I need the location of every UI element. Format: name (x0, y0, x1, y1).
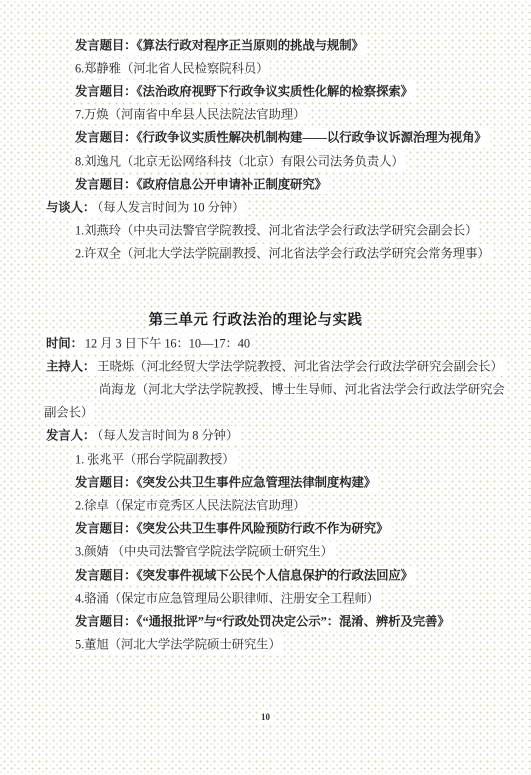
moderator-row: 主持人：王晓烁（河北经贸大学法学院教授、河北省法学会行政法学研究会副会长） (44, 355, 507, 378)
discussants-row: 与谈人：（每人发言时间为 10 分钟） (44, 196, 507, 219)
speaker-line: 8.刘逸凡（北京无讼网络科技（北京）有限公司法务负责人） (44, 150, 507, 173)
topic-line: 发言题目：《行政争议实质性解决机制构建——以行政争议诉源治理为视角》 (44, 127, 507, 150)
topic-line: 发言题目：《“通报批评”与“行政处罚决定公示”：混淆、辨析及完善》 (44, 610, 507, 633)
topic-text: 发言题目：《政府信息公开申请补正制度研究》 (73, 175, 329, 194)
time-value: 12 月 3 日下午 16：10—17：40 (83, 334, 252, 353)
speaker-text: 4.骆涌（保定市应急管理局公职律师、注册安全工程师） (73, 589, 381, 608)
speaker-line: 5.董旭（河北大学法学院硕士研究生） (44, 634, 507, 657)
time-label: 时间： (44, 334, 83, 353)
section-title-text: 第三单元 行政法治的理论与实践 (146, 310, 364, 331)
speakers-note: （每人发言时间为 8 分钟） (95, 426, 240, 445)
page-number: 10 (0, 712, 531, 722)
speaker-line: 7.万焕（河南省中牟县人民法院法官助理） (44, 104, 507, 127)
topic-line: 发言题目：《政府信息公开申请补正制度研究》 (44, 173, 507, 196)
moderator-secondary: 尚海龙（河北大学法学院教授、博士生导师、河北省法学会行政法学研究会副会长） (44, 380, 505, 422)
topic-text: 发言题目：《突发公共卫生事件应急管理法律制度构建》 (73, 473, 378, 492)
agenda-page: 发言题目：《算法行政对程序正当原则的挑战与规制》 6.郑静雅（河北省人民检察院科… (0, 0, 531, 775)
moderator-secondary-row: 尚海龙（河北大学法学院教授、博士生导师、河北省法学会行政法学研究会副会长） (44, 378, 507, 424)
speakers-label: 发言人： (44, 426, 95, 445)
speaker-text: 8.刘逸凡（北京无讼网络科技（北京）有限公司法务负责人） (73, 152, 406, 171)
speaker-line: 1. 张兆平（邢台学院副教授） (44, 448, 507, 471)
discussant-line: 2.许双全（河北大学法学院副教授、河北省法学会行政法学研究会常务理事） (44, 243, 507, 266)
discussant-text: 2.许双全（河北大学法学院副教授、河北省法学会行政法学研究会常务理事） (73, 244, 492, 263)
topic-line: 发言题目：《突发公共卫生事件应急管理法律制度构建》 (44, 471, 507, 494)
time-row: 时间：12 月 3 日下午 16：10—17：40 (44, 332, 507, 355)
discussant-line: 1.刘燕玲（中央司法警官学院教授、河北省法学会行政法学研究会副会长） (44, 220, 507, 243)
speaker-text: 1. 张兆平（邢台学院副教授） (73, 450, 237, 469)
topic-text: 发言题目：《突发事件视域下公民个人信息保护的行政法回应》 (73, 566, 415, 585)
section-title: 第三单元 行政法治的理论与实践 (44, 308, 507, 332)
speaker-line: 6.郑静雅（河北省人民检察院科员） (44, 57, 507, 80)
speaker-text: 2.徐卓（保定市竞秀区人民法院法官助理） (73, 496, 307, 515)
topic-text: 发言题目：《“通报批评”与“行政处罚决定公示”：混淆、辨析及完善》 (73, 612, 452, 631)
speaker-text: 5.董旭（河北大学法学院硕士研究生） (73, 635, 283, 654)
speakers-row: 发言人：（每人发言时间为 8 分钟） (44, 425, 507, 448)
speaker-line: 4.骆涌（保定市应急管理局公职律师、注册安全工程师） (44, 587, 507, 610)
moderator-label: 主持人： (44, 357, 95, 376)
page-number-text: 10 (258, 710, 273, 724)
topic-line: 发言题目：《算法行政对程序正当原则的挑战与规制》 (44, 34, 507, 57)
topic-line: 发言题目：《突发事件视域下公民个人信息保护的行政法回应》 (44, 564, 507, 587)
document-page: { "page_number": "10", "unit2": { "entri… (0, 0, 531, 775)
topic-text: 发言题目：《算法行政对程序正当原则的挑战与规制》 (73, 36, 366, 55)
speaker-text: 3.颜婧 （中央司法警官学院法学院硕士研究生） (73, 542, 335, 561)
speaker-text: 7.万焕（河南省中牟县人民法院法官助理） (73, 105, 307, 124)
topic-text: 发言题目：《行政争议实质性解决机制构建——以行政争议诉源治理为视角》 (73, 128, 489, 147)
topic-text: 发言题目：《法治政府视野下行政争议实质性化解的检察探索》 (73, 82, 415, 101)
discussants-note: （每人发言时间为 10 分钟） (95, 198, 246, 217)
topic-line: 发言题目：《法治政府视野下行政争议实质性化解的检察探索》 (44, 80, 507, 103)
speaker-line: 2.徐卓（保定市竞秀区人民法院法官助理） (44, 494, 507, 517)
discussants-label: 与谈人： (44, 198, 95, 217)
speaker-text: 6.郑静雅（河北省人民检察院科员） (73, 59, 270, 78)
topic-line: 发言题目：《突发公共卫生事件风险预防行政不作为研究》 (44, 518, 507, 541)
moderator-primary: 王晓烁（河北经贸大学法学院教授、河北省法学会行政法学研究会副会长） (95, 357, 505, 376)
topic-text: 发言题目：《突发公共卫生事件风险预防行政不作为研究》 (73, 519, 390, 538)
discussant-text: 1.刘燕玲（中央司法警官学院教授、河北省法学会行政法学研究会副会长） (73, 221, 479, 240)
speaker-line: 3.颜婧 （中央司法警官学院法学院硕士研究生） (44, 541, 507, 564)
